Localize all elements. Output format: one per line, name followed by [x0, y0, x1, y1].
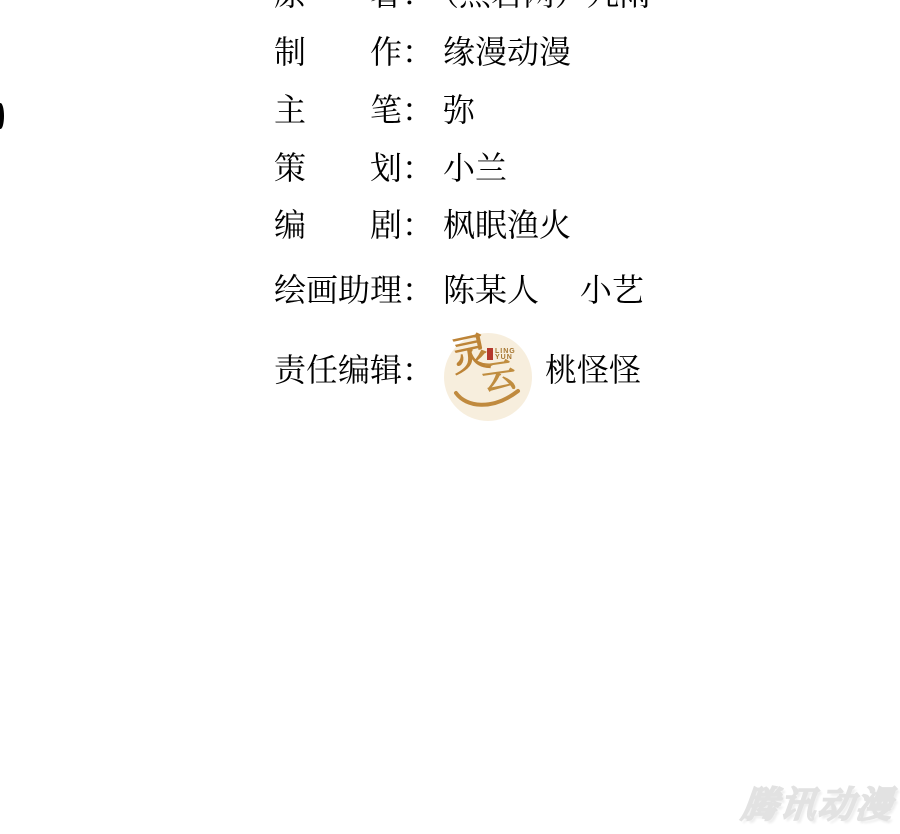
credit-value: 枫眠渔火 — [443, 207, 571, 243]
credit-row-editor-value: 桃怪怪 — [545, 352, 641, 389]
tencent-comics-watermark: 腾讯动漫 — [739, 777, 896, 828]
credit-value: 小兰 — [443, 150, 507, 186]
credit-value: 弥 — [443, 92, 475, 128]
credit-label: 责任编辑： — [274, 352, 434, 388]
credit-row-screenwriter: 编 剧：枫眠渔火 — [274, 207, 571, 244]
credit-label: 制 作： — [274, 34, 434, 70]
credit-label: 原 著： — [274, 0, 434, 12]
seal-latin-line2: YUN — [495, 354, 516, 360]
credit-row-production: 制 作：缘漫动漫 — [274, 34, 571, 71]
credit-label: 绘画助理： — [274, 272, 434, 308]
credit-value: （黑岩网）九雨 — [443, 0, 651, 12]
credit-label: 策 划： — [274, 150, 434, 186]
credit-value: 桃怪怪 — [545, 352, 641, 388]
clipped-artwork-fragment — [0, 103, 4, 129]
credit-row-art-assistants: 绘画助理：陈某人 小艺 — [274, 272, 644, 309]
credit-label: 编 剧： — [274, 207, 434, 243]
ling-yun-studio-logo: 灵 云 LING YUN — [444, 333, 532, 421]
credit-value: 缘漫动漫 — [443, 34, 571, 70]
credit-row-lead-artist: 主 笔：弥 — [274, 92, 475, 129]
credit-row-planning: 策 划：小兰 — [274, 150, 507, 187]
seal-char-yun: 云 — [480, 358, 518, 396]
credit-row-editor-label: 责任编辑： — [274, 352, 434, 389]
seal-latin-block: LING YUN — [487, 348, 516, 360]
red-seal-stamp-icon — [487, 348, 493, 360]
credit-row-original-author: 原 著：（黑岩网）九雨 — [274, 0, 651, 13]
credit-value: 陈某人 小艺 — [443, 272, 644, 308]
credit-label: 主 笔： — [274, 92, 434, 128]
comic-credits-page: 原 著：（黑岩网）九雨 制 作：缘漫动漫 主 笔：弥 策 划：小兰 编 剧：枫眠… — [0, 0, 900, 834]
